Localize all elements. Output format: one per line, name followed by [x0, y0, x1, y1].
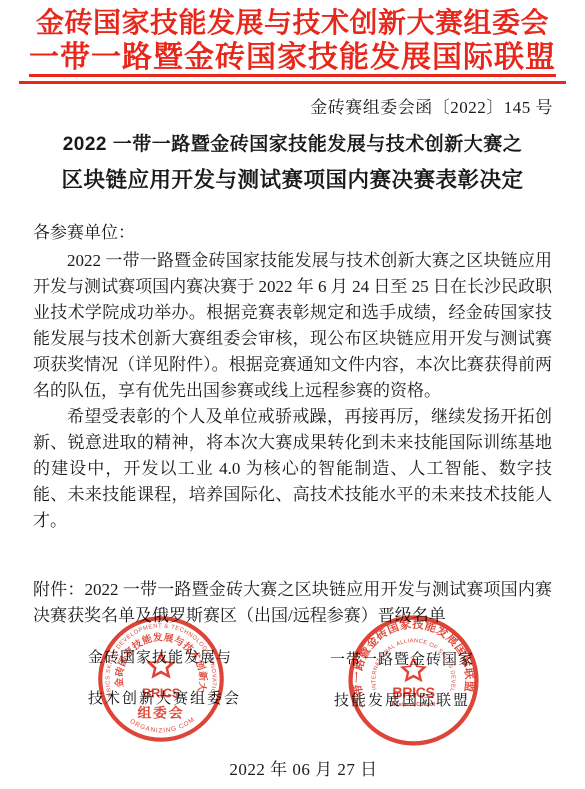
official-document-page: 金砖国家技能发展与技术创新大赛组委会 一带一路暨金砖国家技能发展国际联盟 金砖赛… — [0, 0, 585, 789]
right-seal-center-subtext: Business Council — [392, 702, 436, 708]
body-paragraph-1: 2022 一带一路暨金砖国家技能发展与技术创新大赛之区块链应用开发与测试赛项国内… — [33, 248, 552, 404]
letterhead: 金砖国家技能发展与技术创新大赛组委会 一带一路暨金砖国家技能发展国际联盟 — [0, 0, 585, 77]
body-text-block: 各参赛单位： 2022 一带一路暨金砖国家技能发展与技术创新大赛之区块链应用开发… — [33, 220, 552, 534]
star-icon — [400, 657, 427, 682]
doc-title-line1: 2022 一带一路暨金砖国家技能发展与技术创新大赛之 — [0, 129, 585, 156]
document-number: 金砖赛组委会函〔2022〕145 号 — [0, 93, 585, 118]
salutation: 各参赛单位： — [33, 220, 552, 246]
left-seal-center-text: BRICS — [142, 685, 181, 700]
org-name-line2: 一带一路暨金砖国家技能发展国际联盟 — [29, 41, 556, 77]
right-seal-ring — [351, 618, 477, 744]
left-round-seal: BRICS SKILLS DEVELOPMENT & TECHNOLOGY IN… — [92, 610, 230, 748]
header-divider-rule — [19, 81, 566, 84]
doc-title-line2: 区块链应用开发与测试赛项国内赛决赛表彰决定 — [0, 163, 585, 194]
right-seal-center-text: BRICS — [392, 686, 434, 702]
org-name-line1: 金砖国家技能发展与技术创新大赛组委会 — [0, 7, 585, 41]
document-date: 2022 年 06 月 27 日 — [11, 755, 585, 780]
star-icon — [146, 651, 175, 678]
right-round-seal: 一带一路暨金砖国家技能发展国际联盟 INTERNATIONAL ALLIANCE… — [342, 609, 485, 752]
body-paragraph-2: 希望受表彰的个人及单位戒骄戒躁，再接再厉，继续发扬开拓创新、锐意进取的精神，将本… — [33, 404, 552, 534]
left-seal-bottom-cn-text: 组委会 — [138, 705, 185, 721]
